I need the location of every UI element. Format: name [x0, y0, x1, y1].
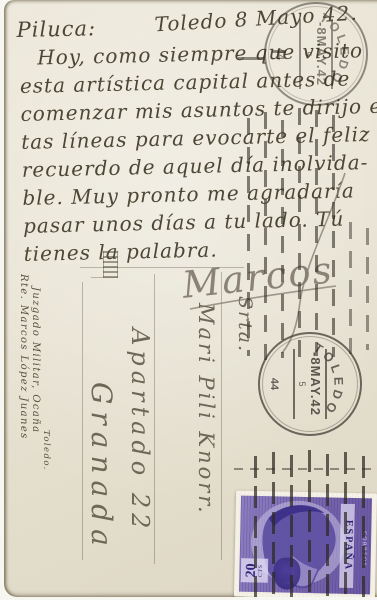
salutation: Piluca:: [16, 16, 96, 42]
stamp-value-unit: CTS: [259, 564, 265, 577]
cancel-line: [247, 118, 250, 356]
postmark-office-code: 44: [274, 2, 286, 106]
postcard: Piluca: Toledo 8 Mayo 42. Hoy, como siem…: [4, 0, 377, 597]
cancel-line: [326, 454, 329, 597]
sender-line: Rte. Marcos López Juanes: [18, 274, 29, 469]
postmark-bracket-line: [294, 349, 296, 419]
postmark-bracket-line: [332, 19, 334, 89]
printed-address-line: [154, 274, 155, 564]
printed-address-line: [82, 282, 83, 560]
postmark-office-code: 44: [268, 332, 280, 436]
cancel-line: [315, 110, 318, 356]
postmark-bracket-line: [326, 349, 328, 419]
postmark-hour: 5: [303, 2, 313, 106]
stamp-value: 20: [245, 563, 259, 577]
postcard-scan: Piluca: Toledo 8 Mayo 42. Hoy, como siem…: [0, 0, 377, 600]
message-line: tienes la palabra.: [23, 238, 217, 266]
cancel-line: [290, 455, 293, 597]
postmark-date: -8MAY.42: [308, 332, 323, 436]
cancel-line: [254, 456, 257, 597]
sender-line: Juzgado Militar, Ocaña: [30, 287, 41, 457]
cancel-line: [332, 115, 335, 357]
address-honorific: Srta.: [234, 296, 256, 396]
message-line: ble. Muy pronto me agradaría: [22, 178, 355, 210]
cancel-line: [362, 456, 365, 597]
cancel-line: [281, 120, 284, 358]
address-city: Granada: [85, 382, 118, 562]
postmark-hour: 5: [297, 332, 307, 436]
address-po-box: Apartado 22: [126, 328, 154, 548]
cancel-line: [308, 450, 311, 597]
sender-line: Toledo.: [41, 430, 51, 480]
cancel-line: [298, 108, 301, 358]
cancel-line: [344, 452, 347, 597]
cancel-line: [264, 112, 267, 360]
message-line: tas líneas para evocarte el feliz: [21, 122, 371, 154]
postmark-bottom: TOLEDO -8MAY.42 5 44: [258, 332, 362, 436]
message-line: pasar unos días a tu lado. Tú: [23, 207, 345, 238]
cancel-line: [366, 228, 369, 350]
cancel-dash: [238, 57, 264, 60]
postmark-bracket-line: [300, 19, 302, 89]
printed-ornament-base: [91, 277, 117, 278]
postmark-date: -8MAY.42: [314, 2, 329, 106]
address-name: Mari Pili Knorr.: [194, 303, 218, 533]
postmark-top: TOLEDO -8MAY.42 5 44: [264, 2, 368, 106]
cancel-line: [272, 452, 275, 597]
stamp-country-label: ESPAÑA: [339, 504, 355, 588]
stamp-design: ESPAÑA CORREOS 20 CTS: [239, 496, 372, 595]
printed-address-line: [221, 272, 222, 560]
